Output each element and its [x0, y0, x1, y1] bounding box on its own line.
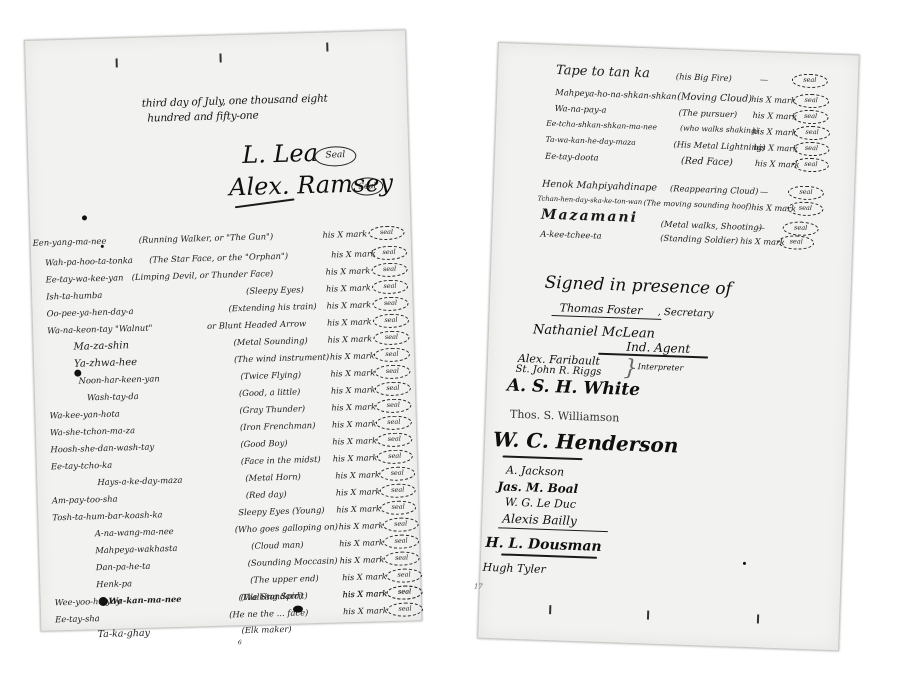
- seal-icon: seal: [793, 93, 829, 108]
- signer-mark: his X mark: [332, 418, 377, 429]
- signer-name: Tape to tan ka: [556, 63, 650, 81]
- signer-translation: (Elk maker): [241, 624, 291, 635]
- seal-icon: seal: [794, 125, 830, 140]
- signer-mark: his X mark: [335, 469, 380, 480]
- witness-role: , Secretary: [657, 307, 713, 320]
- signer-name: Wa-kee-yan-hota: [49, 408, 120, 420]
- signer-mark: his X mark: [327, 333, 372, 344]
- signers-list-right: Tape to tan ka (his Big Fire) — seal Mah…: [490, 61, 858, 303]
- signer-mark: his X mark: [326, 282, 371, 293]
- seal-icon: seal: [375, 381, 411, 396]
- signer-mark: —: [760, 186, 769, 196]
- seal-icon: seal: [792, 109, 828, 124]
- seal-icon: seal: [387, 602, 423, 617]
- signature-flourish: [503, 455, 583, 459]
- seal-icon: seal: [371, 245, 407, 260]
- seal-icon: seal: [374, 347, 410, 362]
- signer-mark: his X mark: [336, 503, 381, 514]
- fold-tick-mark: [647, 611, 649, 620]
- seal-icon: seal: [380, 483, 416, 498]
- witness-name: A. S. H. White: [507, 376, 641, 401]
- signer-name: Tosh-ta-hum-bar-koash-ka: [52, 509, 162, 522]
- signer-mark: his X mark: [336, 486, 381, 497]
- signer-translation: (Iron Frenchman): [240, 420, 316, 432]
- signer-translation: (Good Boy): [240, 438, 288, 449]
- signer-translation: (Reappearing Cloud): [670, 183, 759, 196]
- signer-mark: his X mark: [342, 588, 387, 599]
- signer-name: Ee-tay-wa-kee-yan: [46, 272, 124, 284]
- seal-icon: seal: [788, 185, 824, 200]
- witness-name: Thos. S. Williamson: [510, 408, 620, 425]
- ink-blot: [82, 215, 87, 220]
- signer-name: Wash-tay-da: [87, 391, 139, 402]
- witness-name: Alexis Bailly: [502, 511, 577, 528]
- seal-icon: seal: [793, 157, 829, 172]
- seal-icon: seal: [782, 221, 818, 236]
- signer-translation: (Running Walker, or "The Gun"): [138, 231, 273, 245]
- signer-name: Ya-zhwa-hee: [74, 357, 137, 370]
- seal-icon: seal: [793, 141, 829, 156]
- signer-translation: (His Metal Lightning): [673, 139, 765, 152]
- signer-translation: (Metal Sounding): [233, 335, 307, 347]
- signer-name: Mazamani: [541, 207, 638, 226]
- opening-text-line-1: third day of July, one thousand eight: [142, 93, 328, 110]
- fold-tick-mark: [757, 614, 759, 623]
- signer-name: Wa-na-pay-a: [555, 103, 607, 115]
- signer-translation: or Blunt Headed Arrow: [207, 318, 306, 331]
- seal-icon: seal: [375, 398, 411, 413]
- witness-name: A. Jackson: [506, 464, 565, 479]
- signer-mark: his X mark: [340, 554, 385, 565]
- seal-icon: Seal: [314, 146, 357, 167]
- signer-name: Henk-pa: [96, 578, 132, 589]
- signer-translation: (The Star Face, or the "Orphan"): [149, 251, 288, 265]
- signer-translation: (his Big Fire): [676, 71, 732, 83]
- signer-translation: (The pursuer): [678, 107, 737, 119]
- signer-mark: —: [757, 222, 766, 232]
- signer-name: A-na-wang-ma-nee: [95, 526, 174, 538]
- signer-mark: his X mark: [339, 537, 384, 548]
- seal-icon: seal: [382, 517, 418, 532]
- seal-icon: seal: [373, 313, 409, 328]
- fold-tick-mark: [219, 54, 221, 63]
- seal-icon: seal: [368, 225, 404, 240]
- signer-mark: —: [760, 74, 769, 84]
- signer-translation: (Extending his train): [228, 301, 316, 313]
- signature-flourish: [498, 527, 608, 532]
- seal-icon: seal: [792, 73, 828, 88]
- signer-name: Am-pay-too-sha: [52, 494, 118, 506]
- seal-icon: seal: [379, 466, 415, 481]
- signer-name: Hoosh-she-dan-wash-tay: [50, 442, 154, 455]
- signer-mark: his X mark: [753, 142, 798, 154]
- signer-translation: (Face in the midst): [241, 454, 321, 466]
- signer-translation: (Metal walks, Shooting): [661, 219, 763, 233]
- seal-icon: seal: [386, 585, 422, 600]
- seal-icon: seal: [372, 279, 408, 294]
- seal-icon: seal: [376, 432, 412, 447]
- signer-mark: his X mark: [331, 248, 376, 259]
- signer-translation: (The upper end): [250, 573, 319, 585]
- signer-translation: (Twice Flying): [240, 369, 301, 381]
- signer-name: Ta-wa-kan-he-day-maza: [545, 135, 635, 147]
- signer-translation: (Moving Cloud): [677, 91, 752, 105]
- signer-mark: his X mark: [330, 350, 375, 361]
- signer-name: Een-yang-ma-nee: [33, 236, 107, 248]
- signer-name: Wa-na-keon-tay "Walnut": [47, 323, 153, 336]
- signer-name: Ta-ka-ghay: [97, 628, 150, 640]
- signer-mark: his X mark: [752, 110, 797, 122]
- signer-translation: (Sleepy Eyes): [246, 284, 304, 296]
- signer-name: Mahpeya-ho-na-shkan-shkan: [555, 87, 677, 101]
- brace-mark: }: [623, 356, 638, 381]
- signer-mark: his X mark: [330, 367, 375, 378]
- signer-name: Wa-kan-ma-nee: [109, 594, 182, 606]
- signer-name: Ish-ta-humba: [46, 290, 102, 302]
- seal-icon: seal: [787, 201, 823, 216]
- signer-translation: (Red Face): [681, 155, 733, 168]
- seal-icon: seal: [383, 551, 419, 566]
- signer-name: Ee-tay-tcho-ka: [51, 460, 112, 472]
- signer-mark: his X mark: [331, 384, 376, 395]
- signer-name: Ee-tay-doota: [545, 151, 599, 163]
- signer-translation: Sleepy Eyes (Young): [238, 505, 325, 517]
- fold-tick-mark: [326, 43, 328, 52]
- page-number: 6: [238, 639, 242, 646]
- right-manuscript-page: 17 Tape to tan ka (his Big Fire) — seal …: [477, 42, 860, 651]
- opening-text-line-2: hundred and fifty-one: [147, 109, 259, 124]
- signer-mark: his X mark: [332, 435, 377, 446]
- signer-name: Tchan-hen-day-ska-ke-ton-wan: [537, 194, 642, 206]
- seal-icon: seal: [778, 235, 814, 250]
- signature-l-lea: L. Lea: [242, 139, 318, 169]
- signer-mark: his X mark: [339, 520, 384, 531]
- signer-mark: his X mark: [333, 452, 378, 463]
- signer-mark: his X mark: [751, 94, 796, 106]
- signer-name: Wah-pa-hoo-ta-tonka: [45, 255, 133, 267]
- signers-list-left: Een-yang-ma-nee (Running Walker, or "The…: [30, 225, 421, 625]
- signer-name: Hays-a-ke-day-maza: [97, 475, 182, 487]
- signer-translation: (Red day): [246, 489, 287, 500]
- signer-name: Ee-tay-sha: [55, 613, 100, 624]
- signer-translation: (The moving sounding hoof): [643, 198, 751, 211]
- signer-translation: (Metal Horn): [245, 471, 301, 483]
- signer-name: A-kee-tchee-ta: [540, 229, 602, 241]
- witness-list: Thomas Foster , Secretary Nathaniel McLe…: [480, 299, 850, 611]
- signer-mark: his X mark: [326, 299, 371, 310]
- signer-translation: (who walks shaking): [680, 123, 759, 135]
- signer-mark: his X mark: [327, 316, 372, 327]
- seal-icon: seal: [376, 415, 412, 430]
- signer-name: Wa-she-tchon-ma-za: [50, 425, 135, 437]
- witness-name: Jas. M. Boal: [497, 479, 578, 496]
- seal-icon: seal: [383, 534, 419, 549]
- fold-tick-mark: [549, 605, 551, 614]
- signer-translation: (The wind instrument): [234, 352, 329, 365]
- witness-name: H. L. Dousman: [485, 535, 602, 555]
- signer-name: Ee-tcha-shkan-shkan-ma-nee: [546, 119, 657, 132]
- signer-translation: (Limping Devil, or Thunder Face): [132, 268, 274, 282]
- seal-icon: seal: [377, 449, 413, 464]
- seal-icon: seal: [372, 296, 408, 311]
- signer-name: Noon-har-keen-yan: [78, 373, 159, 385]
- signer-translation: (Walking Spirit): [241, 590, 308, 602]
- signer-translation: (Who goes galloping on): [235, 521, 338, 534]
- signer-mark: his X mark: [752, 126, 797, 138]
- signer-mark: his X mark: [331, 401, 376, 412]
- signer-name: Henok Mahpiyahdinape: [542, 179, 657, 194]
- signer-translation: (Gray Thunder): [239, 403, 305, 415]
- signer-mark: his X mark: [322, 228, 367, 239]
- witness-role: Interpreter: [638, 362, 684, 373]
- fold-tick-mark: [116, 58, 118, 67]
- seal-icon: seal: [386, 568, 422, 583]
- signer-name: Oo-pee-ya-hen-day-a: [47, 306, 134, 318]
- signer-mark: his X mark: [342, 571, 387, 582]
- signer-translation: (Good, a little): [239, 386, 301, 398]
- witness-name: Nathaniel McLean: [533, 322, 655, 341]
- signer-mark: his X mark: [325, 265, 370, 276]
- seal-icon: seal: [374, 364, 410, 379]
- signer-name: Dan-pa-he-ta: [96, 561, 151, 573]
- witness-name: W. G. Le Duc: [505, 496, 577, 511]
- signer-translation: (Sounding Moccasin): [248, 555, 338, 568]
- witness-name: W. C. Henderson: [493, 427, 679, 457]
- signer-mark: his X mark: [343, 605, 388, 616]
- signer-translation: (Cloud man): [251, 539, 304, 550]
- left-manuscript-page: third day of July, one thousand eight hu…: [24, 29, 422, 631]
- seal-icon: seal: [380, 500, 416, 515]
- witness-name: Hugh Tyler: [482, 561, 546, 576]
- seal-icon: seal: [373, 330, 409, 345]
- signer-name: Ma-za-shin: [73, 340, 129, 353]
- signer-name: Mahpeya-wakhasta: [95, 543, 177, 555]
- seal-icon: seal: [371, 262, 407, 277]
- signer-translation: (Standing Soldier): [660, 233, 738, 246]
